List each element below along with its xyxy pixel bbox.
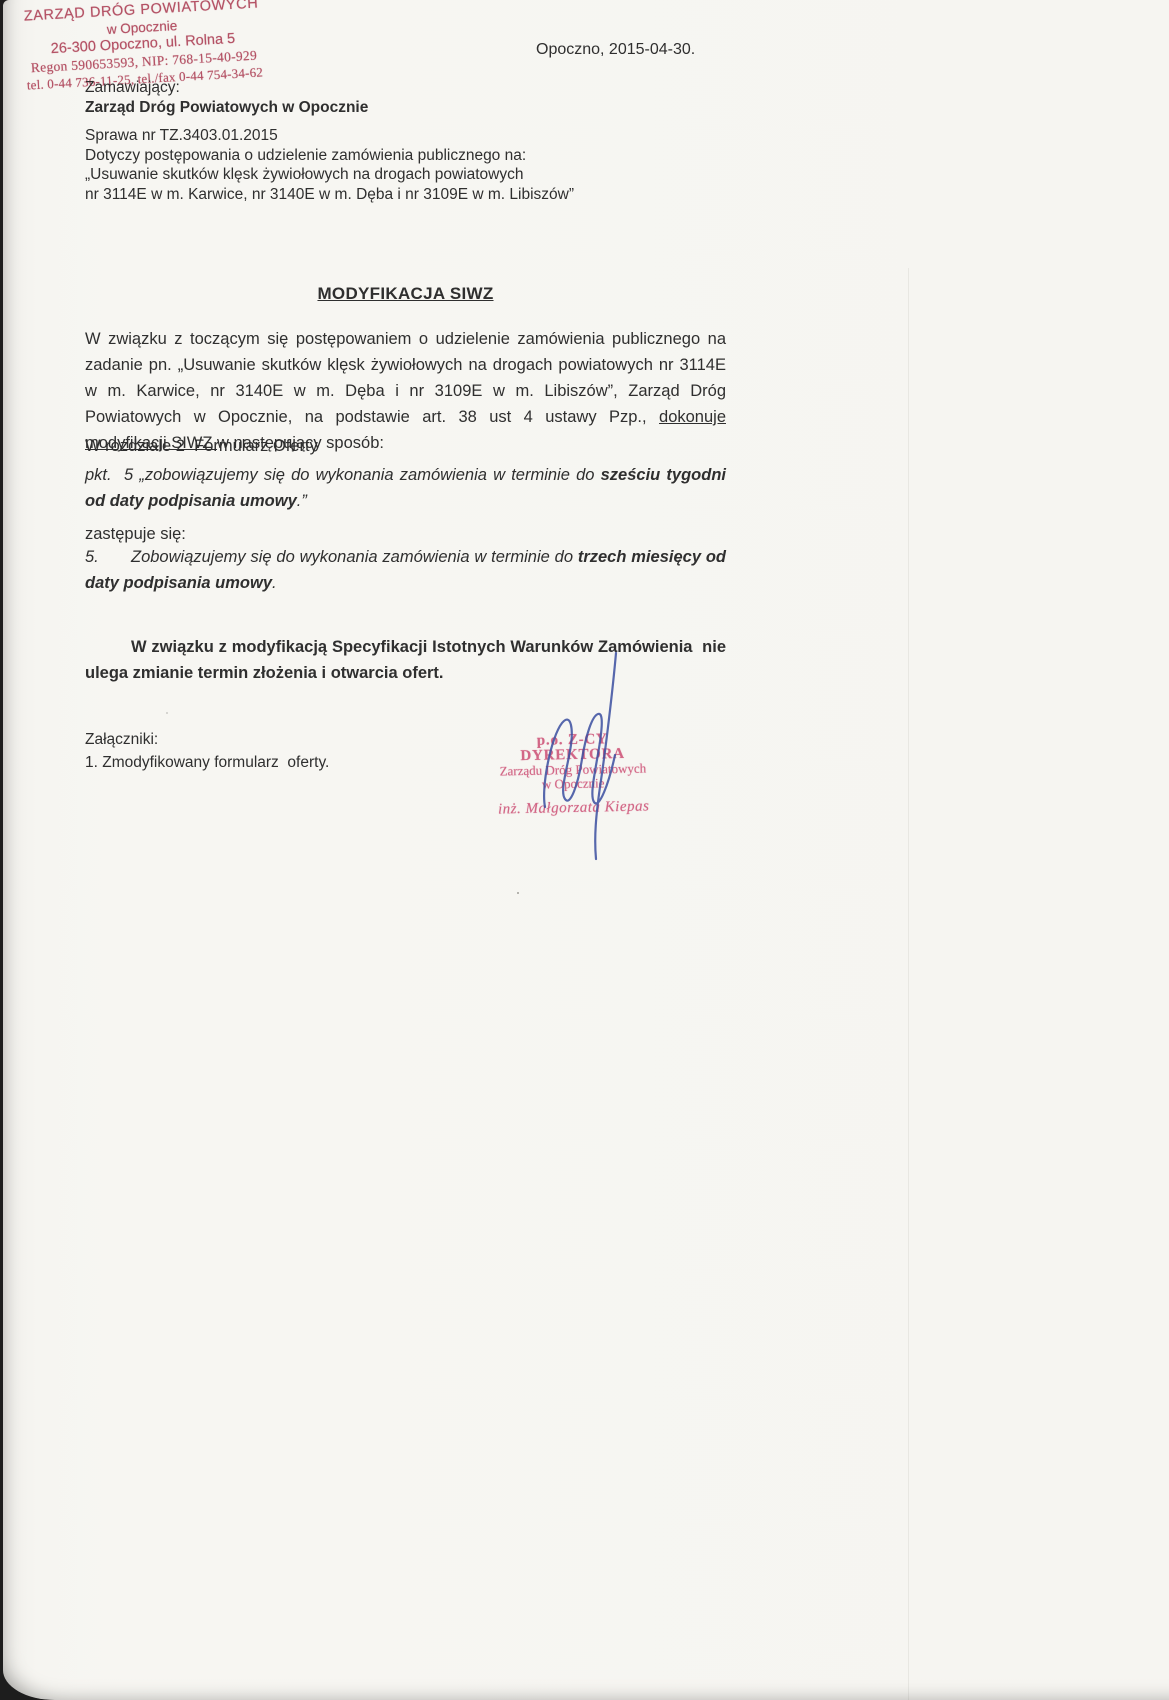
intro-text-1: W związku z toczącym się postępowaniem o… <box>85 330 726 426</box>
new-clause-prefix: Zobowiązujemy się do wykonania zamówieni… <box>131 548 578 566</box>
subject-line-2: „Usuwanie skutków klęsk żywiołowych na d… <box>85 165 705 185</box>
new-clause: 5.Zobowiązujemy się do wykonania zamówie… <box>85 544 726 596</box>
subject-line-3: nr 3114E w m. Karwice, nr 3140E w m. Dęb… <box>85 185 705 205</box>
handwritten-signature <box>515 645 655 865</box>
place-date: Opoczno, 2015-04-30. <box>536 41 695 59</box>
new-clause-number: 5. <box>85 544 131 570</box>
old-clause: pkt. 5 „zobowiązujemy się do wykonania z… <box>85 462 726 514</box>
new-clause-suffix: . <box>272 574 277 592</box>
document-title: MODYFIKACJA SIWZ <box>85 284 726 304</box>
spacer <box>85 117 705 126</box>
scanned-document: { "page": { "place_date": "Opoczno, 2015… <box>0 0 1169 1700</box>
buyer-label: Zamawiający: <box>85 78 705 98</box>
scan-speck <box>517 892 519 894</box>
document-page: ZARZĄD DRÓG POWIATOWYCH w Opocznie 26-30… <box>3 0 1169 1700</box>
subject-line-1: Dotyczy postępowania o udzielenie zamówi… <box>85 146 705 166</box>
chapter-line: W rozdziale 2 Formularz Oferty <box>85 433 726 459</box>
document-header: Zamawiający: Zarząd Dróg Powiatowych w O… <box>85 78 705 204</box>
scan-speck <box>166 712 168 714</box>
case-number: Sprawa nr TZ.3403.01.2015 <box>85 126 705 146</box>
buyer-name: Zarząd Dróg Powiatowych w Opocznie <box>85 98 705 118</box>
paper-fold-line <box>908 268 909 1700</box>
old-clause-suffix: .” <box>297 492 307 510</box>
old-clause-prefix: pkt. 5 „zobowiązujemy się do wykonania z… <box>85 466 601 484</box>
